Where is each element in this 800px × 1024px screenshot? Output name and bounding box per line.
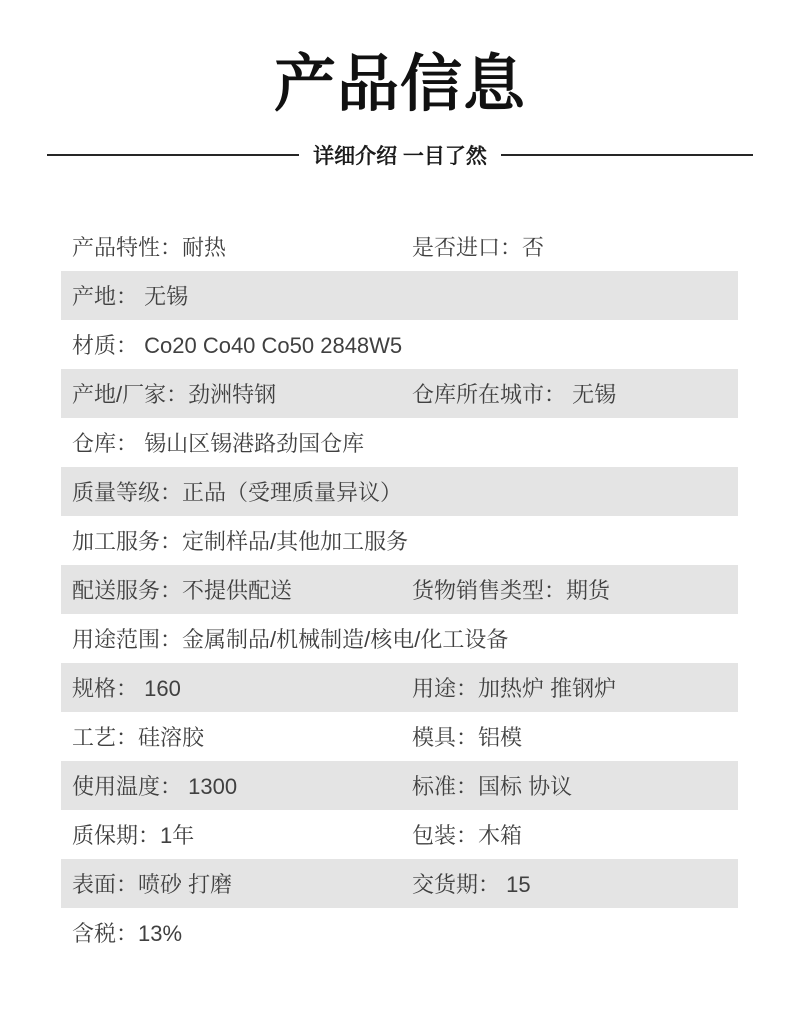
spec-cell: 交货期： 15 [412,868,531,899]
spec-cell: 是否进口：否 [412,231,544,262]
spec-cell: 质量等级：正品（受理质量异议） [72,476,402,507]
spec-row: 使用温度： 1300 标准：国标 协议 [61,761,738,810]
spec-cell: 仓库： 锡山区锡港路劲国仓库 [72,427,364,458]
spec-row: 材质： Co20 Co40 Co50 2848W5 [61,320,738,369]
spec-row: 质量等级：正品（受理质量异议） [61,467,738,516]
subtitle-divider-left [47,154,299,156]
spec-cell: 使用温度： 1300 [72,770,412,801]
page-subtitle: 详细介绍 一目了然 [313,140,487,170]
spec-cell: 模具：铝模 [412,721,522,752]
spec-cell: 包装：木箱 [412,819,522,850]
spec-row: 表面：喷砂 打磨 交货期： 15 [61,859,738,908]
spec-row: 产地： 无锡 [61,271,738,320]
spec-cell: 工艺：硅溶胶 [72,721,412,752]
spec-cell: 产地： 无锡 [72,280,188,311]
spec-row: 质保期：1年 包装：木箱 [61,810,738,859]
product-spec-table: 产品特性：耐热 是否进口：否 产地： 无锡 材质： Co20 Co40 Co50… [61,222,738,957]
product-info-page: { "header": { "title": "产品信息", "subtitle… [0,0,800,1024]
spec-cell: 规格： 160 [72,672,412,703]
spec-row: 仓库： 锡山区锡港路劲国仓库 [61,418,738,467]
spec-cell: 材质： Co20 Co40 Co50 2848W5 [72,329,402,360]
spec-cell: 用途范围：金属制品/机械制造/核电/化工设备 [72,623,508,654]
spec-row: 用途范围：金属制品/机械制造/核电/化工设备 [61,614,738,663]
spec-row: 产地/厂家：劲洲特钢 仓库所在城市： 无锡 [61,369,738,418]
spec-row: 含税：13% [61,908,738,957]
subtitle-row: 详细介绍 一目了然 [47,140,753,170]
spec-cell: 含税：13% [72,917,182,948]
spec-cell: 产品特性：耐热 [72,231,412,262]
spec-cell: 产地/厂家：劲洲特钢 [72,378,412,409]
page-title: 产品信息 [0,52,800,118]
spec-cell: 加工服务：定制样品/其他加工服务 [72,525,408,556]
spec-row: 配送服务：不提供配送 货物销售类型：期货 [61,565,738,614]
spec-cell: 仓库所在城市： 无锡 [412,378,616,409]
spec-row: 工艺：硅溶胶 模具：铝模 [61,712,738,761]
spec-cell: 配送服务：不提供配送 [72,574,412,605]
spec-cell: 标准：国标 协议 [412,770,572,801]
spec-row: 产品特性：耐热 是否进口：否 [61,222,738,271]
spec-row: 规格： 160 用途：加热炉 推钢炉 [61,663,738,712]
spec-cell: 质保期：1年 [72,819,412,850]
spec-cell: 表面：喷砂 打磨 [72,868,412,899]
subtitle-divider-right [501,154,753,156]
spec-row: 加工服务：定制样品/其他加工服务 [61,516,738,565]
spec-cell: 货物销售类型：期货 [412,574,610,605]
spec-cell: 用途：加热炉 推钢炉 [412,672,616,703]
